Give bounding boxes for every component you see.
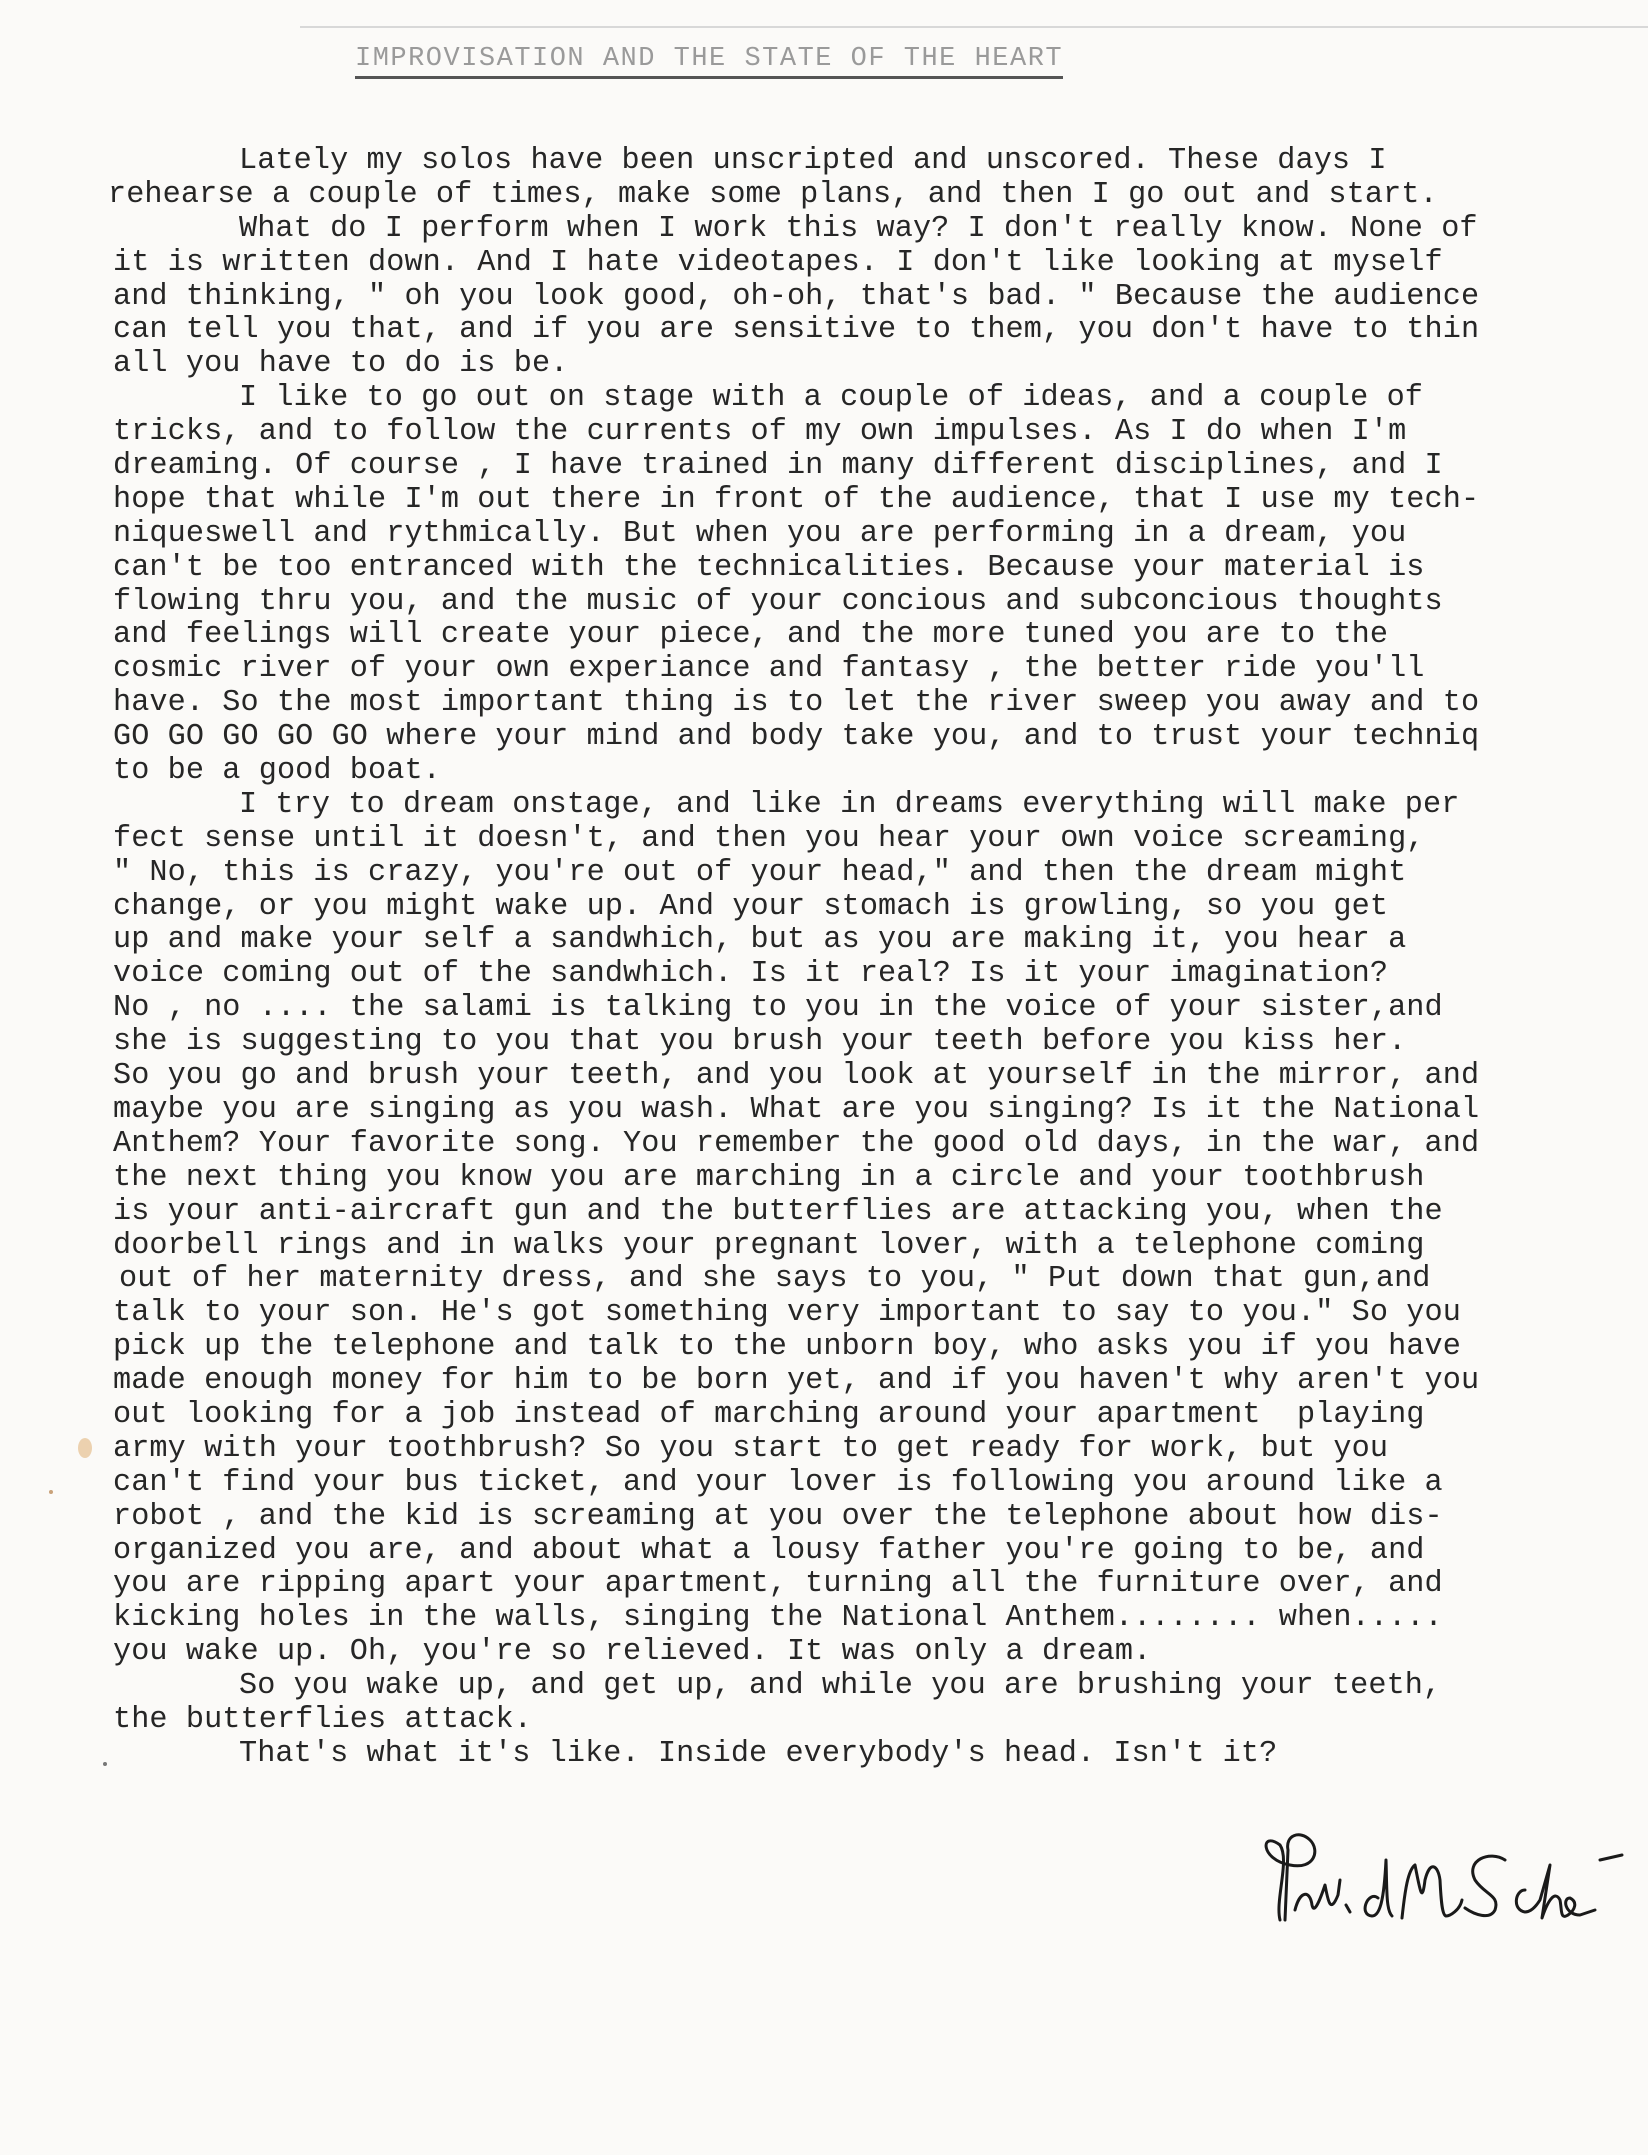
document-line: out looking for a job instead of marchin… — [113, 1399, 1648, 1433]
document-line: doorbell rings and in walks your pregnan… — [113, 1230, 1648, 1264]
paper-speck — [103, 1762, 107, 1766]
document-line: tricks, and to follow the currents of my… — [113, 416, 1648, 450]
document-line: kicking holes in the walls, singing the … — [113, 1602, 1648, 1636]
document-line: niqueswell and rythmically. But when you… — [113, 518, 1648, 552]
document-line: No , no .... the salami is talking to yo… — [113, 992, 1648, 1026]
signature — [1250, 1820, 1648, 1930]
document-line: flowing thru you, and the music of your … — [113, 586, 1648, 620]
document-line: and thinking, " oh you look good, oh-oh,… — [113, 281, 1648, 315]
document-line: voice coming out of the sandwhich. Is it… — [113, 958, 1648, 992]
signature-icon — [1250, 1820, 1648, 1930]
paper-speck — [49, 1490, 53, 1494]
document-line: made enough money for him to be born yet… — [113, 1365, 1648, 1399]
document-line: and feelings will create your piece, and… — [113, 619, 1648, 653]
document-line: she is suggesting to you that you brush … — [113, 1026, 1648, 1060]
document-line: rehearse a couple of times, make some pl… — [108, 179, 1648, 213]
document-line: talk to your son. He's got something ver… — [113, 1297, 1648, 1331]
paper-stain — [78, 1438, 92, 1458]
document-line: up and make your self a sandwhich, but a… — [113, 924, 1648, 958]
document-line: So you wake up, and get up, and while yo… — [113, 1670, 1648, 1704]
document-line: organized you are, and about what a lous… — [113, 1535, 1648, 1569]
document-line: " No, this is crazy, you're out of your … — [113, 857, 1648, 891]
document-line: is your anti-aircraft gun and the butter… — [113, 1196, 1648, 1230]
document-title: IMPROVISATION AND THE STATE OF THE HEART — [355, 44, 1063, 79]
document-line: out of her maternity dress, and she says… — [113, 1263, 1648, 1297]
document-line: the butterflies attack. — [113, 1704, 1648, 1738]
document-line: I try to dream onstage, and like in drea… — [113, 789, 1648, 823]
document-line: I like to go out on stage with a couple … — [113, 382, 1648, 416]
document-line: Lately my solos have been unscripted and… — [113, 145, 1648, 179]
document-line: GO GO GO GO GO where your mind and body … — [113, 721, 1648, 755]
document-line: can't find your bus ticket, and your lov… — [113, 1467, 1648, 1501]
document-line: to be a good boat. — [113, 755, 1648, 789]
document-line: Anthem? Your favorite song. You remember… — [113, 1128, 1648, 1162]
page-top-edge — [300, 26, 1648, 28]
document-line: can tell you that, and if you are sensit… — [113, 314, 1648, 348]
document-line: dreaming. Of course , I have trained in … — [113, 450, 1648, 484]
document-line: can't be too entranced with the technica… — [113, 552, 1648, 586]
document-line: pick up the telephone and talk to the un… — [113, 1331, 1648, 1365]
document-line: robot , and the kid is screaming at you … — [113, 1501, 1648, 1535]
document-body: Lately my solos have been unscripted and… — [113, 145, 1648, 1772]
document-line: What do I perform when I work this way? … — [113, 213, 1648, 247]
document-line: fect sense until it doesn't, and then yo… — [113, 823, 1648, 857]
document-line: maybe you are singing as you wash. What … — [113, 1094, 1648, 1128]
document-line: army with your toothbrush? So you start … — [113, 1433, 1648, 1467]
document-line: you are ripping apart your apartment, tu… — [113, 1568, 1648, 1602]
document-line: you wake up. Oh, you're so relieved. It … — [113, 1636, 1648, 1670]
document-line: hope that while I'm out there in front o… — [113, 484, 1648, 518]
document-line: all you have to do is be. — [113, 348, 1648, 382]
document-line: change, or you might wake up. And your s… — [113, 891, 1648, 925]
document-line: That's what it's like. Inside everybody'… — [113, 1738, 1648, 1772]
document-line: it is written down. And I hate videotape… — [113, 247, 1648, 281]
document-line: cosmic river of your own experiance and … — [113, 653, 1648, 687]
document-line: the next thing you know you are marching… — [113, 1162, 1648, 1196]
document-line: So you go and brush your teeth, and you … — [113, 1060, 1648, 1094]
document-line: have. So the most important thing is to … — [113, 687, 1648, 721]
